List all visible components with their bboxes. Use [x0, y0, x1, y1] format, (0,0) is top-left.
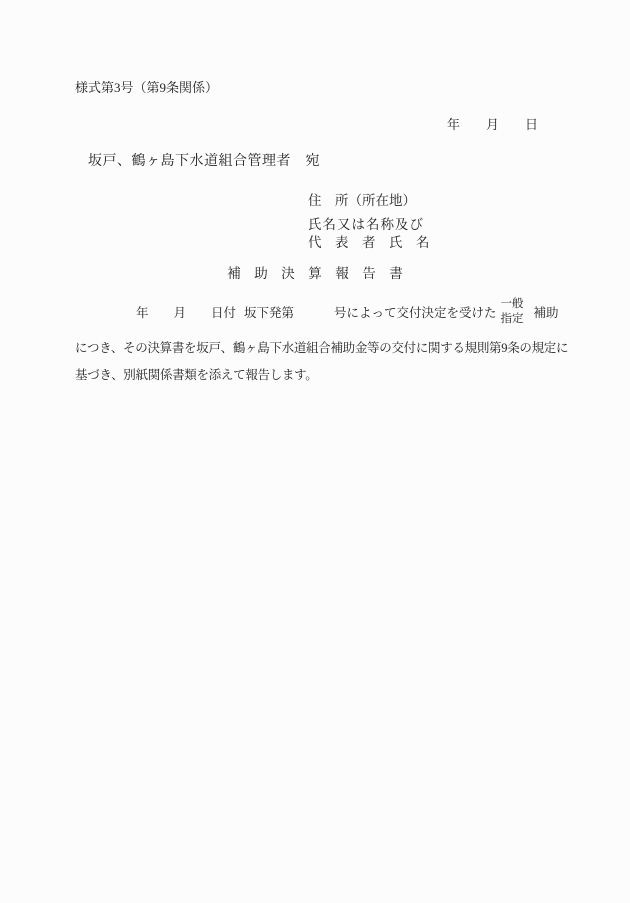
addressee-line: 坂戸、鶴ヶ島下水道組合管理者 宛 [88, 150, 320, 170]
subsidy-type-choice: 一般 指定 [501, 297, 524, 327]
recipient-name-label-line2: 代 表 者 氏 名 [308, 231, 430, 251]
recipient-name-label-line1: 氏名又は名称及び [308, 213, 424, 233]
document-number-prefix: 坂下発第 [244, 303, 294, 321]
subsidy-type-general: 一般 [501, 297, 524, 312]
date-blank-line: 年 月 日 [447, 114, 538, 133]
body-paragraph-line1: 年 月 日付 坂下発第 号によって交付決定を受けた 一般 指定 補助 [0, 295, 630, 329]
decision-date-blank: 年 月 日付 [136, 303, 236, 321]
document-page: 様式第3号（第9条関係） 年 月 日 坂戸、鶴ヶ島下水道組合管理者 宛 住 所（… [0, 0, 630, 903]
form-number: 様式第3号（第9条関係） [75, 77, 218, 96]
document-number-suffix: 号によって交付決定を受けた [334, 303, 497, 321]
body-paragraph-line2: につき、その決算書を坂戸、鶴ヶ島下水道組合補助金等の交付に関する規則第9条の規定… [75, 338, 568, 356]
body-paragraph-line3: 基づき、別紙関係書類を添えて報告します。 [75, 365, 318, 383]
document-title: 補 助 決 算 報 告 書 [0, 262, 630, 282]
recipient-address-label: 住 所（所在地） [308, 189, 416, 209]
subsidy-type-designated: 指定 [501, 312, 524, 327]
subsidy-word: 補助 [534, 303, 559, 321]
